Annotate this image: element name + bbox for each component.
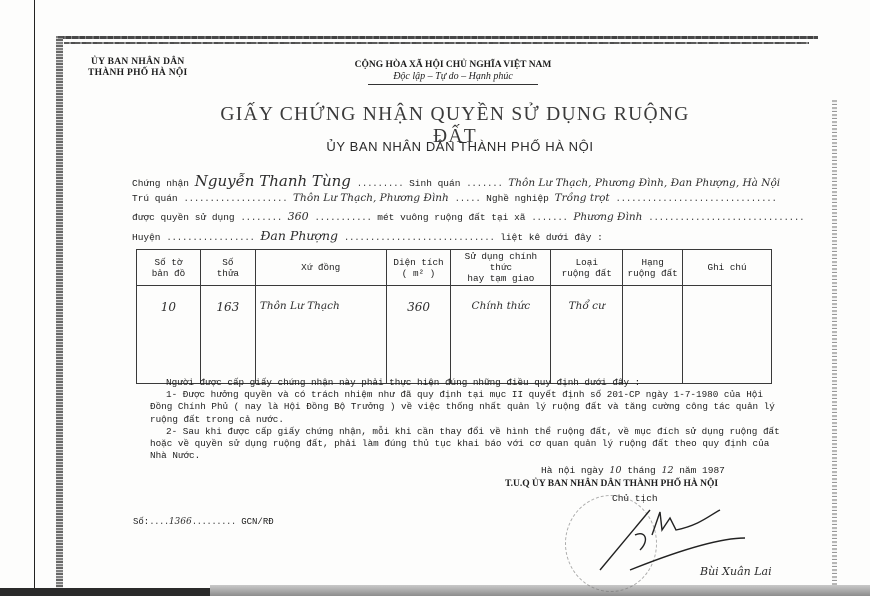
- table-row: 10 163 Thôn Lư Thạch 360 Chính thức Thổ …: [137, 286, 772, 384]
- scan-bottom-edge-dark: [0, 588, 210, 596]
- cell-notes: [683, 286, 772, 384]
- residence-label: Trú quán: [132, 193, 178, 204]
- field-row-certify: Chứng nhận Nguyễn Thanh Tùng ......... S…: [132, 172, 780, 190]
- col-header-usage-type: Sử dụng chính thứchay tạm giao: [451, 250, 551, 286]
- date-year: 1987: [702, 465, 725, 476]
- top-border-rule: [58, 36, 818, 39]
- regulation-item-2: 2- Sau khi được cấp giấy chứng nhận, mỗi…: [150, 426, 790, 463]
- serial-number: 1366: [169, 517, 192, 527]
- serial-suffix: GCN/RĐ: [241, 517, 273, 527]
- motto-underline: [368, 84, 538, 85]
- regulations-text: Người được cấp giấy chứng nhận này phải …: [150, 377, 790, 462]
- col-header-plot-number: Sốthửa: [200, 250, 255, 286]
- regulation-item-1: 1- Được hưởng quyền và có trách nhiệm nh…: [150, 389, 790, 426]
- occupation-value: Trồng trọt: [555, 192, 610, 204]
- field-row-area: được quyền sử dụng ........ 360 ........…: [132, 210, 804, 223]
- republic-name: CỘNG HÒA XÃ HỘI CHỦ NGHĨA VIỆT NAM: [348, 60, 558, 71]
- residence-value: Thôn Lư Thạch, Phương Đình: [293, 192, 449, 204]
- dot-leader: .............................: [344, 232, 495, 243]
- agency-line-1: ỦY BAN NHÂN DÂN: [88, 57, 188, 68]
- col-header-map-sheet: Số tờbản đồ: [137, 250, 201, 286]
- cell-land-grade: [623, 286, 683, 384]
- birthplace-value: Thôn Lư Thạch, Phương Đình, Đan Phượng, …: [508, 177, 780, 189]
- date-month: 12: [661, 465, 673, 476]
- list-below-label: liệt kê dưới đây :: [500, 232, 603, 243]
- regulations-intro: Người được cấp giấy chứng nhận này phải …: [150, 377, 790, 389]
- dot-leader: .................: [166, 232, 254, 243]
- place-and-date: Hà nội ngày 10 tháng 12 năm 1987: [541, 465, 725, 476]
- issuing-agency: ỦY BAN NHÂN DÂN THÀNH PHỐ HÀ NỘI: [88, 57, 188, 79]
- col-header-area: Diện tích( m² ): [386, 250, 451, 286]
- dot-leader: ..............................: [648, 212, 804, 223]
- signer-name: Bùi Xuân Lai: [700, 565, 772, 578]
- district-label: Huyện: [132, 232, 161, 243]
- land-parcel-table: Số tờbản đồ Sốthửa Xứ đồng Diện tích( m²…: [136, 249, 772, 384]
- certificate-serial: Số:....1366......... GCN/RĐ: [133, 517, 274, 527]
- issuer-heading: ỦY BAN NHÂN DÂN THÀNH PHỐ HÀ NỘI: [240, 139, 680, 154]
- col-header-field-location: Xứ đồng: [255, 250, 386, 286]
- left-decorative-border: [56, 36, 63, 596]
- national-motto: Độc lập – Tự do – Hạnh phúc: [348, 71, 558, 82]
- republic-heading: CỘNG HÒA XÃ HỘI CHỦ NGHĨA VIỆT NAM Độc l…: [348, 60, 558, 82]
- cell-land-type: Thổ cư: [551, 286, 623, 384]
- cell-field-location: Thôn Lư Thạch: [255, 286, 386, 384]
- scan-edge-line: [34, 0, 35, 596]
- cell-usage-type: Chính thức: [451, 286, 551, 384]
- dot-leader: .........: [357, 178, 404, 189]
- area-unit-label: mét vuông ruộng đất tại xã: [377, 212, 525, 223]
- birthplace-label: Sinh quán: [409, 178, 460, 189]
- dot-leader: .....: [454, 193, 480, 204]
- top-border-rule-inner: [64, 42, 809, 44]
- dot-leader: ...........: [314, 212, 371, 223]
- cell-plot-number: 163: [200, 286, 255, 384]
- col-header-land-type: Loạiruộng đất: [551, 250, 623, 286]
- signing-organization: T.U.Q ỦY BAN NHÂN DÂN THÀNH PHỐ HÀ NỘI: [505, 479, 718, 489]
- table-header-row: Số tờbản đồ Sốthửa Xứ đồng Diện tích( m²…: [137, 250, 772, 286]
- cell-map-sheet: 10: [137, 286, 201, 384]
- certify-value: Nguyễn Thanh Tùng: [195, 172, 351, 190]
- date-day: 10: [609, 465, 621, 476]
- agency-line-2: THÀNH PHỐ HÀ NỘI: [88, 68, 188, 79]
- area-value: 360: [288, 210, 309, 223]
- dot-leader: ...............................: [615, 193, 776, 204]
- district-value: Đan Phượng: [260, 228, 338, 243]
- dot-leader: .......: [531, 212, 567, 223]
- col-header-land-grade: Hạngruộng đất: [623, 250, 683, 286]
- right-decorative-border: [832, 100, 837, 596]
- field-row-district: Huyện ................. Đan Phượng .....…: [132, 228, 603, 243]
- use-right-label: được quyền sử dụng: [132, 212, 235, 223]
- cell-area: 360: [386, 286, 451, 384]
- occupation-label: Nghề nghiệp: [486, 193, 549, 204]
- certify-label: Chứng nhận: [132, 178, 189, 189]
- dot-leader: ........: [240, 212, 282, 223]
- field-row-residence: Trú quán .................... Thôn Lư Th…: [132, 192, 777, 204]
- dot-leader: .......: [466, 178, 502, 189]
- col-header-notes: Ghi chú: [683, 250, 772, 286]
- commune-value: Phương Đình: [573, 211, 642, 223]
- scan-bottom-edge: [210, 585, 870, 596]
- dot-leader: ....................: [183, 193, 287, 204]
